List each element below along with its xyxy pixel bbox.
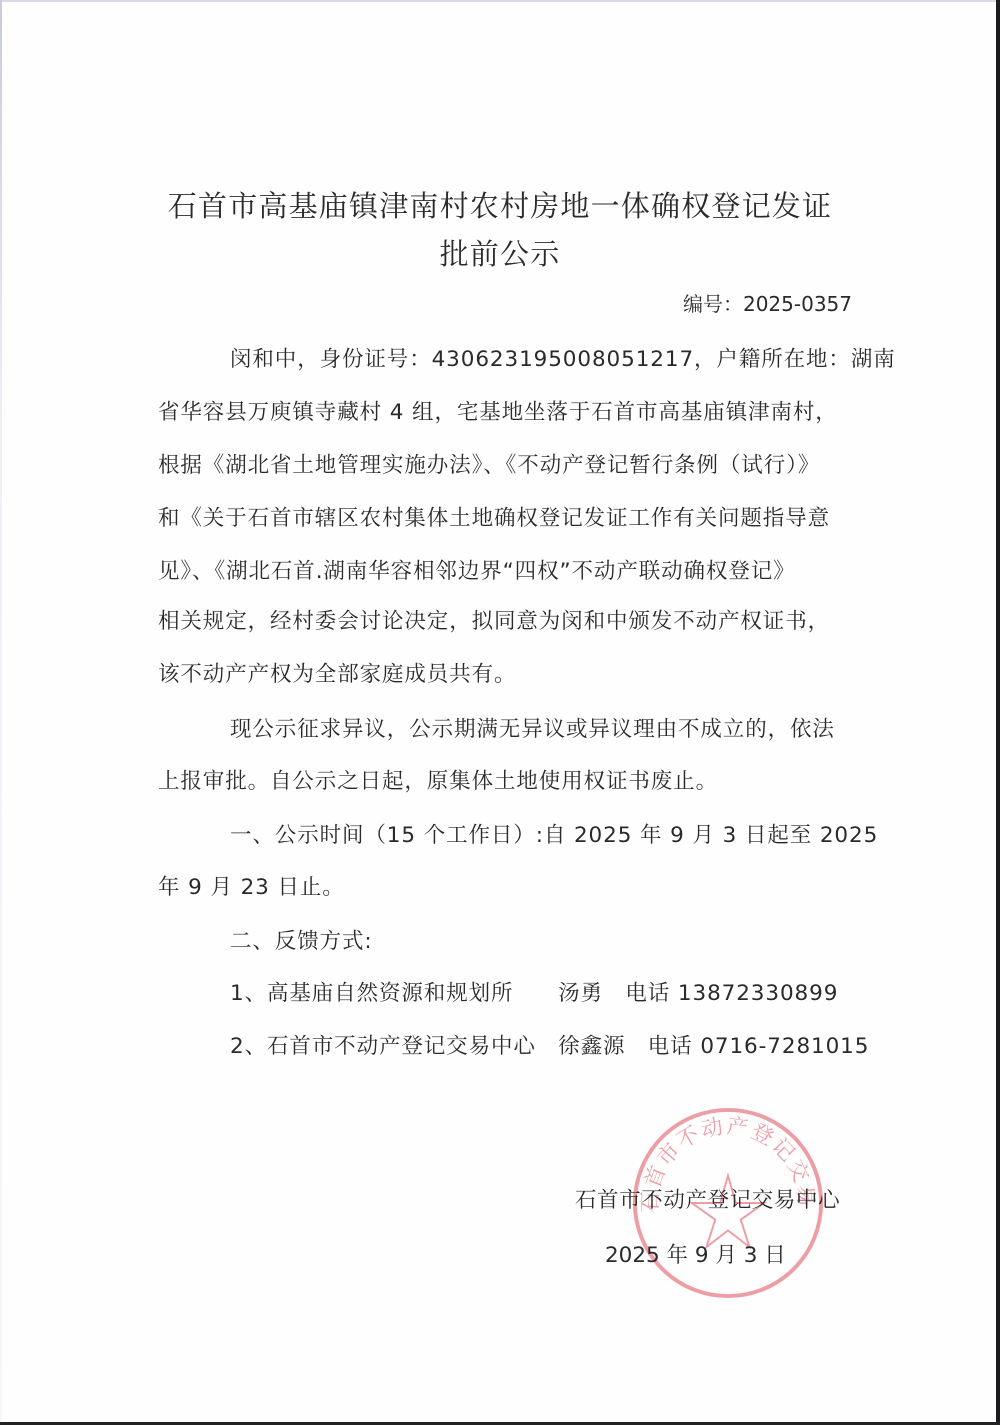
body-line: 见》、《湖北石首.湖南华容相邻边界“四权”不动产联动确权登记》: [158, 554, 796, 585]
body-line: 相关规定，经村委会讨论决定，拟同意为闵和中颁发不动产权证书，: [158, 604, 830, 635]
body-line: 该不动产产权为全部家庭成员共有。: [158, 657, 516, 688]
contact-line: 1、高基庙自然资源和规划所 汤勇 电话 13872330899: [230, 976, 838, 1007]
signer-organization: 石首市不动产登记交易中心: [575, 1183, 840, 1214]
body-line: 省华容县万庾镇寺藏村 4 组，宅基地坐落于石首市高基庙镇津南村，: [158, 395, 838, 426]
body-line: 闵和中，身份证号：430623195008051217，户籍所在地：湖南: [230, 342, 896, 373]
body-line: 一、公示时间（15 个工作日）:自 2025 年 9 月 3 日起至 2025: [230, 818, 878, 849]
document-number: 编号：2025-0357: [683, 288, 852, 317]
body-line: 上报审批。自公示之日起，原集体土地使用权证书废止。: [158, 764, 718, 795]
document-title: 石首市高基庙镇津南村农村房地一体确权登记发证: [0, 184, 1000, 225]
body-line: 现公示征求异议，公示期满无异议或异议理由不成立的，依法: [230, 712, 835, 743]
document-subtitle: 批前公示: [0, 232, 1000, 273]
body-line: 和《关于石首市辖区农村集体土地确权登记发证工作有关问题指导意: [158, 501, 830, 532]
sign-date: 2025 年 9 月 3 日: [605, 1238, 786, 1269]
scan-edge-top: [0, 0, 1000, 2]
section-heading: 二、反馈方式:: [230, 924, 373, 955]
body-line: 年 9 月 23 日止。: [158, 870, 345, 901]
contact-line: 2、石首市不动产登记交易中心 徐鑫源 电话 0716-7281015: [230, 1029, 869, 1060]
document-page: 石首市高基庙镇津南村农村房地一体确权登记发证 批前公示 编号：2025-0357…: [0, 0, 1000, 1425]
body-line: 根据《湖北省土地管理实施办法》、《不动产登记暂行条例（试行）》: [158, 448, 820, 479]
